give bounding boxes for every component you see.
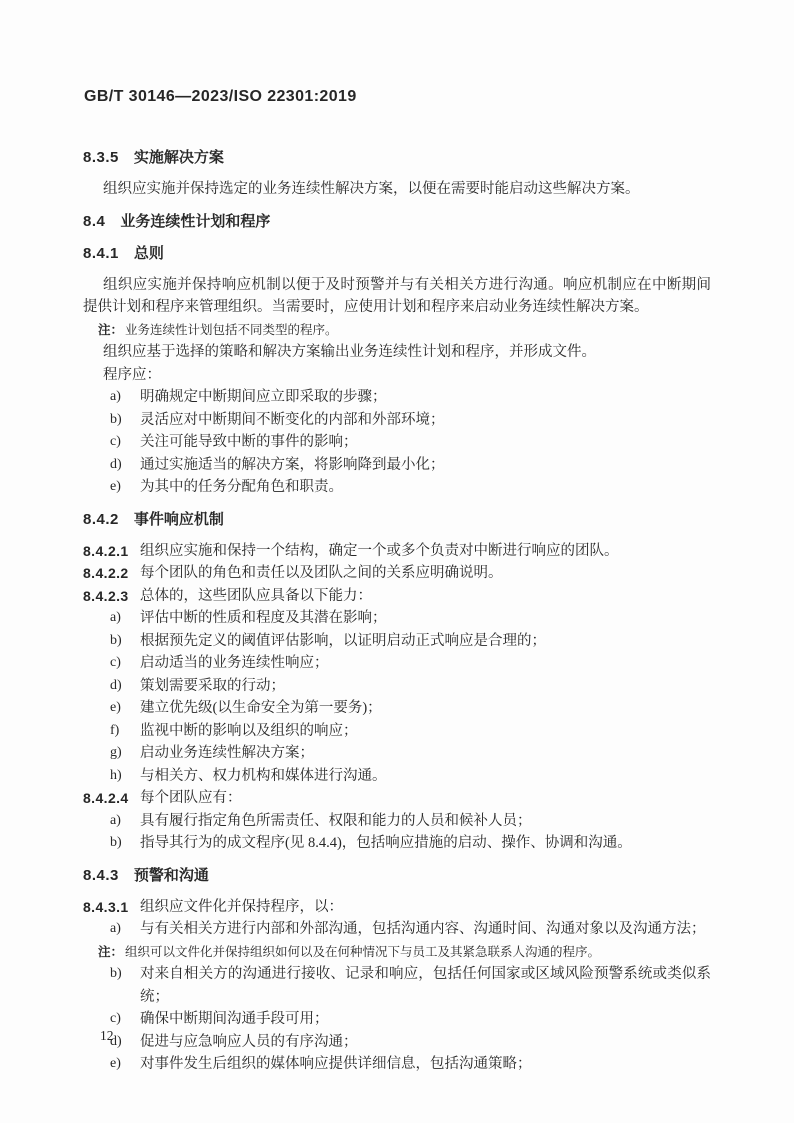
section-heading: 8.4业务连续性计划和程序 xyxy=(83,211,711,233)
list-item-marker: b) xyxy=(110,630,140,653)
clause-text: 每个团队的角色和责任以及团队之间的关系应明确说明。 xyxy=(140,562,711,585)
clause-text: 组织应实施和保持一个结构，确定一个或多个负责对中断进行响应的团队。 xyxy=(140,540,711,563)
list-item: g)启动业务连续性解决方案； xyxy=(83,742,711,765)
document-page: GB/T 30146—2023/ISO 22301:2019 8.3.5实施解决… xyxy=(0,0,794,1123)
section-heading: 8.3.5实施解决方案 xyxy=(83,147,711,169)
list-item: c)启动适当的业务连续性响应； xyxy=(83,652,711,675)
list-item-text: 启动适当的业务连续性响应； xyxy=(140,652,711,675)
section-heading-title: 预警和沟通 xyxy=(134,867,209,884)
list-item-text: 与有关相关方进行内部和外部沟通，包括沟通内容、沟通时间、沟通对象以及沟通方法； xyxy=(140,918,711,941)
section-heading: 8.4.2事件响应机制 xyxy=(83,509,711,531)
clause-number: 8.4.2.1 xyxy=(83,540,140,563)
list-item: f)监视中断的影响以及组织的响应； xyxy=(83,720,711,743)
list-item-text: 确保中断期间沟通手段可用； xyxy=(140,1008,711,1031)
page-number: 12 xyxy=(100,1028,114,1044)
section-heading-number: 8.3.5 xyxy=(83,149,119,166)
list-item-marker: c) xyxy=(110,431,140,454)
section-heading-title: 事件响应机制 xyxy=(134,511,224,528)
list-item-marker: c) xyxy=(110,1008,140,1031)
section-heading-number: 8.4.2 xyxy=(83,511,119,528)
note-text: 业务连续性计划包括不同类型的程序。 xyxy=(125,323,338,337)
note: 注：业务连续性计划包括不同类型的程序。 xyxy=(83,319,711,342)
section-heading-number: 8.4.3 xyxy=(83,867,119,884)
list-item-text: 监视中断的影响以及组织的响应； xyxy=(140,720,711,743)
list-item-text: 具有履行指定角色所需责任、权限和能力的人员和候补人员； xyxy=(140,810,711,833)
section-heading-number: 8.4.1 xyxy=(83,245,119,262)
list-item-marker: e) xyxy=(110,1053,140,1076)
list-item: c)关注可能导致中断的事件的影响； xyxy=(83,431,711,454)
clause-number: 8.4.2.4 xyxy=(83,787,140,810)
section-heading-number: 8.4 xyxy=(83,213,105,230)
list-item: a)明确规定中断期间应立即采取的步骤； xyxy=(83,386,711,409)
paragraph: 程序应： xyxy=(83,364,711,387)
list-item-marker: e) xyxy=(110,697,140,720)
list-item-text: 指导其行为的成文程序(见 8.4.4)，包括响应措施的启动、操作、协调和沟通。 xyxy=(140,832,711,855)
list-item-marker: b) xyxy=(110,409,140,432)
list-item-marker: a) xyxy=(110,918,140,941)
list-item-marker: h) xyxy=(110,765,140,788)
list-item-marker: d) xyxy=(110,1031,140,1054)
list-item: h)与相关方、权力机构和媒体进行沟通。 xyxy=(83,765,711,788)
list-item-marker: b) xyxy=(110,832,140,855)
document-body: 8.3.5实施解决方案组织应实施并保持选定的业务连续性解决方案，以便在需要时能启… xyxy=(83,137,711,1076)
clause-number: 8.4.3.1 xyxy=(83,896,140,919)
clause-text: 组织应文件化并保持程序，以： xyxy=(140,896,711,919)
list-item-text: 促进与应急响应人员的有序沟通； xyxy=(140,1031,711,1054)
list-item: b)指导其行为的成文程序(见 8.4.4)，包括响应措施的启动、操作、协调和沟通… xyxy=(83,832,711,855)
list-item-marker: a) xyxy=(110,386,140,409)
clause-text: 总体的，这些团队应具备以下能力： xyxy=(140,585,711,608)
list-item-text: 策划需要采取的行动； xyxy=(140,675,711,698)
list-item-text: 为其中的任务分配角色和职责。 xyxy=(140,476,711,499)
numbered-clause: 8.4.2.3总体的，这些团队应具备以下能力： xyxy=(83,585,711,608)
numbered-clause: 8.4.2.1组织应实施和保持一个结构，确定一个或多个负责对中断进行响应的团队。 xyxy=(83,540,711,563)
list-item-text: 明确规定中断期间应立即采取的步骤； xyxy=(140,386,711,409)
note: 注：组织可以文件化并保持组织如何以及在何种情况下与员工及其紧急联系人沟通的程序。 xyxy=(83,941,711,964)
clause-number: 8.4.2.2 xyxy=(83,562,140,585)
list-item: b)根据预先定义的阈值评估影响，以证明启动正式响应是合理的； xyxy=(83,630,711,653)
list-item-text: 建立优先级(以生命安全为第一要务)； xyxy=(140,697,711,720)
section-heading-title: 实施解决方案 xyxy=(134,149,224,166)
list-item-text: 与相关方、权力机构和媒体进行沟通。 xyxy=(140,765,711,788)
note-label: 注： xyxy=(98,945,123,959)
list-item: c)确保中断期间沟通手段可用； xyxy=(83,1008,711,1031)
list-item-marker: f) xyxy=(110,720,140,743)
list-item-text: 评估中断的性质和程度及其潜在影响； xyxy=(140,607,711,630)
list-item: a)与有关相关方进行内部和外部沟通，包括沟通内容、沟通时间、沟通对象以及沟通方法… xyxy=(83,918,711,941)
list-item-text: 关注可能导致中断的事件的影响； xyxy=(140,431,711,454)
section-heading-title: 业务连续性计划和程序 xyxy=(120,213,270,230)
clause-text: 每个团队应有： xyxy=(140,787,711,810)
list-item-text: 对事件发生后组织的媒体响应提供详细信息，包括沟通策略； xyxy=(140,1053,711,1076)
list-item-text: 对来自相关方的沟通进行接收、记录和响应，包括任何国家或区域风险预警系统或类似系统… xyxy=(140,963,711,1008)
list-item: e)对事件发生后组织的媒体响应提供详细信息，包括沟通策略； xyxy=(83,1053,711,1076)
list-item: d)策划需要采取的行动； xyxy=(83,675,711,698)
paragraph: 组织应实施并保持响应机制以便于及时预警并与有关相关方进行沟通。响应机制应在中断期… xyxy=(83,274,711,319)
list-item-marker: e) xyxy=(110,476,140,499)
numbered-clause: 8.4.3.1组织应文件化并保持程序，以： xyxy=(83,896,711,919)
section-heading: 8.4.1总则 xyxy=(83,243,711,265)
clause-number: 8.4.2.3 xyxy=(83,585,140,608)
section-heading: 8.4.3预警和沟通 xyxy=(83,865,711,887)
list-item-marker: b) xyxy=(110,963,140,1008)
paragraph: 组织应实施并保持选定的业务连续性解决方案，以便在需要时能启动这些解决方案。 xyxy=(83,178,711,201)
list-item-marker: g) xyxy=(110,742,140,765)
list-item-marker: d) xyxy=(110,454,140,477)
list-item-text: 启动业务连续性解决方案； xyxy=(140,742,711,765)
list-item-marker: a) xyxy=(110,810,140,833)
list-item: d)促进与应急响应人员的有序沟通； xyxy=(83,1031,711,1054)
list-item-text: 灵活应对中断期间不断变化的内部和外部环境； xyxy=(140,409,711,432)
list-item-marker: d) xyxy=(110,675,140,698)
list-item: a)具有履行指定角色所需责任、权限和能力的人员和候补人员； xyxy=(83,810,711,833)
numbered-clause: 8.4.2.2每个团队的角色和责任以及团队之间的关系应明确说明。 xyxy=(83,562,711,585)
list-item-text: 通过实施适当的解决方案，将影响降到最小化； xyxy=(140,454,711,477)
note-label: 注： xyxy=(98,323,123,337)
list-item: b)灵活应对中断期间不断变化的内部和外部环境； xyxy=(83,409,711,432)
list-item: e)建立优先级(以生命安全为第一要务)； xyxy=(83,697,711,720)
list-item: d)通过实施适当的解决方案，将影响降到最小化； xyxy=(83,454,711,477)
list-item-marker: a) xyxy=(110,607,140,630)
list-item: a)评估中断的性质和程度及其潜在影响； xyxy=(83,607,711,630)
list-item-marker: c) xyxy=(110,652,140,675)
standard-number-header: GB/T 30146—2023/ISO 22301:2019 xyxy=(84,88,357,106)
list-item: e)为其中的任务分配角色和职责。 xyxy=(83,476,711,499)
section-heading-title: 总则 xyxy=(134,245,164,262)
paragraph: 组织应基于选择的策略和解决方案输出业务连续性计划和程序，并形成文件。 xyxy=(83,341,711,364)
list-item: b)对来自相关方的沟通进行接收、记录和响应，包括任何国家或区域风险预警系统或类似… xyxy=(83,963,711,1008)
list-item-text: 根据预先定义的阈值评估影响，以证明启动正式响应是合理的； xyxy=(140,630,711,653)
numbered-clause: 8.4.2.4每个团队应有： xyxy=(83,787,711,810)
note-text: 组织可以文件化并保持组织如何以及在何种情况下与员工及其紧急联系人沟通的程序。 xyxy=(125,945,600,959)
